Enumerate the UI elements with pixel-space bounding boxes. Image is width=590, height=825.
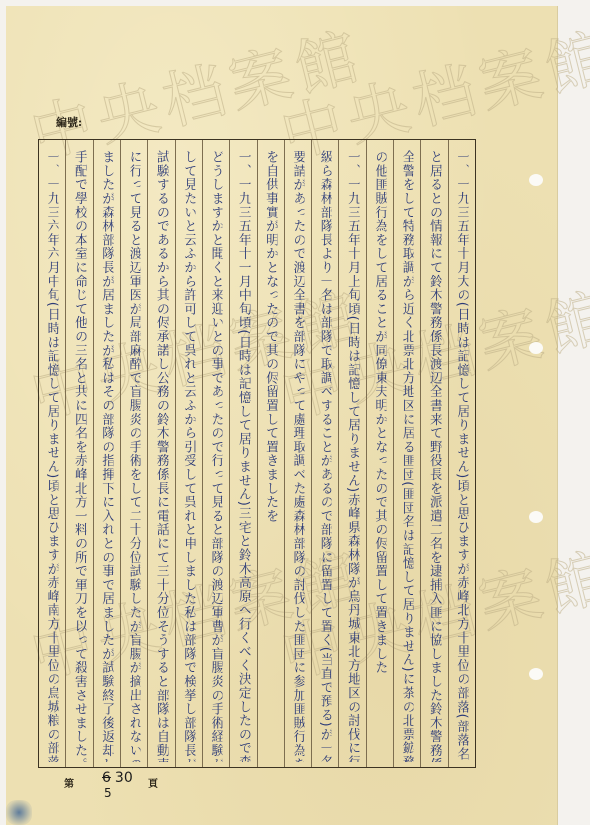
column-text: に行って見ると渡辺軍医が局部麻酔で盲腸炎の手術をして二十分位試験したが盲腸が摘出… <box>127 150 140 762</box>
column-text: どうしますかと聞くと来迎いとの事であったので行って見ると部隊の渡辺軍曹が盲腸炎の… <box>209 150 222 762</box>
grid-column: 試験するのであるから其の侭承諾し公務の鈴木警務係長に電話にて三十分位そうすると部… <box>147 140 174 767</box>
grid-column: 一、一九三五年十月上旬頃(日時は記憶して居りません)赤峰県森林隊が烏丹城東北方地… <box>338 140 365 767</box>
grid-column: 全警をして特務取調がら近く北票北方地区に居る匪団(匪団名は記憶して居りません)に… <box>393 140 420 767</box>
grid-column: の他匪賊行為をして居ることが同僚東夫明かとなったので其の侭留置して置きました <box>366 140 393 767</box>
column-text: の他匪賊行為をして居ることが同僚東夫明かとなったので其の侭留置して置きました <box>373 150 386 674</box>
struck-page-number: 6 <box>102 770 111 786</box>
column-text: 試験するのであるから其の侭承諾し公務の鈴木警務係長に電話にて三十分位そうすると部… <box>155 150 168 762</box>
grid-column: と居るとの情報にて鈴木警務係長渡辺全書来て野役長を派遣二名を逮捕入匪に協しました… <box>420 140 447 767</box>
grid-column: 一、一九三五年十一月中旬頃(日時は記憶して居りません)三宅と鈴木高原へ行くべく決… <box>229 140 256 767</box>
column-text: 一、一九三五年十一月中旬頃(日時は記憶して居りません)三宅と鈴木高原へ行くべく決… <box>237 150 250 762</box>
grid-column: 要請があったので渡辺全書を部隊にやって處理取調べた處森林部隊の討伐した匪団に参加… <box>284 140 311 767</box>
page-number-value: 30 <box>115 770 133 786</box>
column-text: 一、一九三五年十月大の(日時は記憶して居りません)頃と思ひますが赤峰北方十里位の… <box>455 150 468 762</box>
punch-hole <box>529 668 543 680</box>
grid-column: ましたが森林部隊長が居ましたが私はその部隊の指揮下に入れとの事で居ましたが試験終… <box>93 140 120 767</box>
punch-hole <box>529 342 543 354</box>
manuscript-grid: 一、一九三五年十月大の(日時は記憶して居りません)頃と思ひますが赤峰北方十里位の… <box>38 139 476 768</box>
column-text: 級ら森林部隊長より一名は部隊で取調べすることがあるので部隊に留置して置く(当直で… <box>319 150 332 762</box>
column-text: して見たいと云ふから許可して呉れと云ふから引受して呉れと申しました私は部隊で検挙… <box>182 150 195 762</box>
grid-column: 級ら森林部隊長より一名は部隊で取調べすることがあるので部隊に留置して置く(当直で… <box>311 140 338 767</box>
ink-stain <box>6 800 32 825</box>
column-text: 手配で學校の本室に命じて他の三名と共に四名を赤峰北方一料の所で軍刀を以って殺害さ… <box>73 150 86 762</box>
grid-column: 手配で學校の本室に命じて他の三名と共に四名を赤峰北方一料の所で軍刀を以って殺害さ… <box>65 140 92 767</box>
column-text: と居るとの情報にて鈴木警務係長渡辺全書来て野役長を派遣二名を逮捕入匪に協しました… <box>428 150 441 762</box>
grid-column: して見たいと云ふから許可して呉れと云ふから引受して呉れと申しました私は部隊で検挙… <box>175 140 202 767</box>
grid-column: どうしますかと聞くと来迎いとの事であったので行って見ると部隊の渡辺軍曹が盲腸炎の… <box>202 140 229 767</box>
page-prefix: 第 <box>64 775 74 790</box>
page-suffix: 頁 <box>148 775 158 790</box>
punch-hole <box>529 174 543 186</box>
page-number: 630 5 <box>102 770 133 786</box>
grid-column: 一、一九三五年十月大の(日時は記憶して居りません)頃と思ひますが赤峰北方十里位の… <box>448 140 475 767</box>
grid-column: を自供事實が明かとなったので其の侭留置して置きましたを <box>257 140 284 767</box>
column-text: 要請があったので渡辺全書を部隊にやって處理取調べた處森林部隊の討伐した匪団に参加… <box>291 150 304 762</box>
punch-hole <box>529 511 543 523</box>
grid-column: 一、一九三六年六月中旬(日時は記憶して居りません)頃と思ひますが赤峰南方十里位の… <box>39 140 65 767</box>
column-text: 全警をして特務取調がら近く北票北方地区に居る匪団(匪団名は記憶して居りません)に… <box>401 150 414 762</box>
page-annotation: 5 <box>104 786 112 800</box>
serial-number-label: 編號: <box>56 114 82 130</box>
column-text: ましたが森林部隊長が居ましたが私はその部隊の指揮下に入れとの事で居ましたが試験終… <box>100 150 113 762</box>
column-text: を自供事實が明かとなったので其の侭留置して置きましたを <box>264 150 277 523</box>
grid-column: に行って見ると渡辺軍医が局部麻酔で盲腸炎の手術をして二十分位試験したが盲腸が摘出… <box>120 140 147 767</box>
column-text: 一、一九三六年六月中旬(日時は記憶して居りません)頃と思ひますが赤峰南方十里位の… <box>46 150 59 762</box>
column-text: 一、一九三五年十月上旬頃(日時は記憶して居りません)赤峰県森林隊が烏丹城東北方地… <box>346 150 359 762</box>
